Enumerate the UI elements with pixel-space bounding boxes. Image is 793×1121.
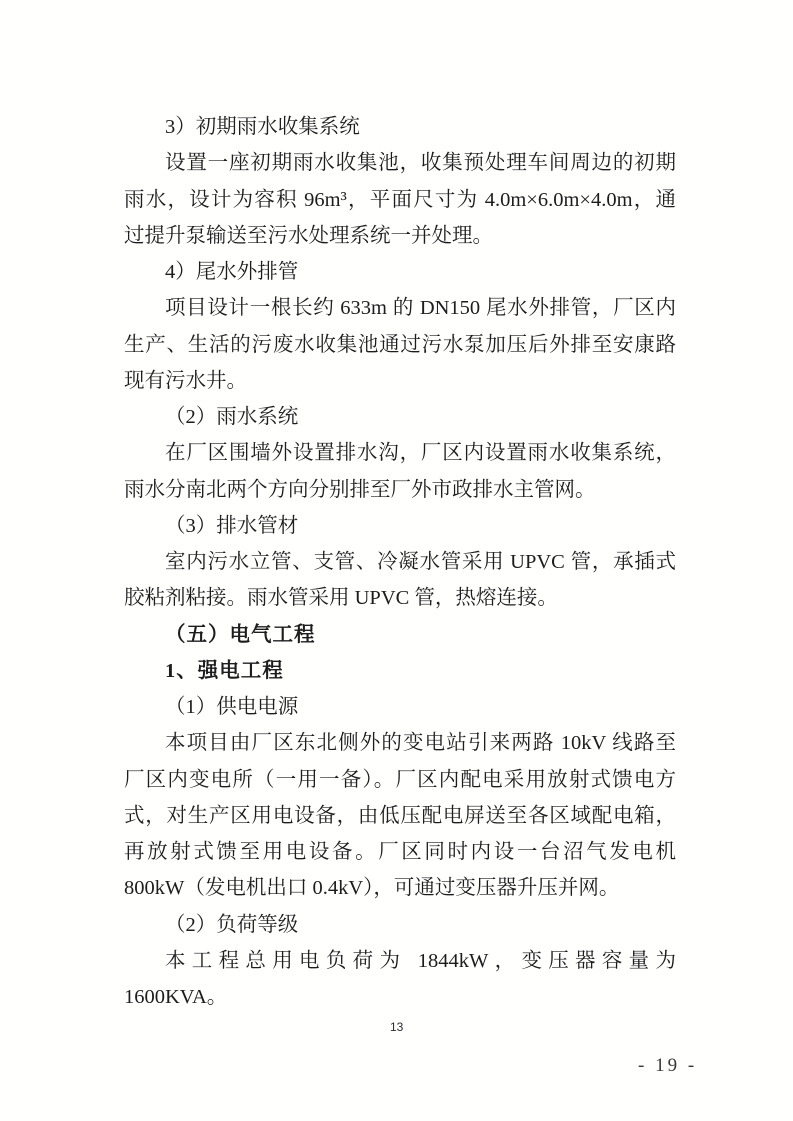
section-heading: （3）排水管材 — [124, 508, 676, 544]
paragraph-line: 雨水分南北两个方向分别排至厂外市政排水主管网。 — [124, 472, 676, 508]
heading-text: （2）负荷等级 — [124, 907, 676, 943]
heading-text: （五）电气工程 — [124, 617, 676, 653]
section-heading: （2）雨水系统 — [124, 399, 676, 435]
heading-text: 3）初期雨水收集系统 — [124, 109, 676, 145]
paragraph-line: 现有污水井。 — [124, 363, 676, 399]
paragraph: 本工程总用电负荷为 1844kW，变压器容量为 1600KVA。 — [124, 943, 676, 1016]
heading-text: （2）雨水系统 — [124, 399, 676, 435]
paragraph-line: 本工程总用电负荷为 1844kW，变压器容量为 1600KVA。 — [124, 943, 676, 1016]
paragraph-line: 再放射式馈至用电设备。厂区同时内设一台沼气发电机 — [124, 834, 676, 870]
paragraph-line: 设置一座初期雨水收集池，收集预处理车间周边的初期 — [124, 145, 676, 181]
paragraph: 设置一座初期雨水收集池，收集预处理车间周边的初期雨水，设计为容积 96m³，平面… — [124, 145, 676, 254]
paragraph: 项目设计一根长约 633m 的 DN150 尾水外排管，厂区内生产、生活的污废水… — [124, 290, 676, 399]
paragraph-line: 胶粘剂粘接。雨水管采用 UPVC 管，热熔连接。 — [124, 580, 676, 616]
page-number: - 19 - — [638, 1055, 697, 1077]
section-heading: 4）尾水外排管 — [124, 254, 676, 290]
paragraph: 在厂区围墙外设置排水沟，厂区内设置雨水收集系统，雨水分南北两个方向分别排至厂外市… — [124, 435, 676, 508]
document-page: 3）初期雨水收集系统设置一座初期雨水收集池，收集预处理车间周边的初期雨水，设计为… — [0, 0, 793, 1121]
paragraph: 本项目由厂区东北侧外的变电站引来两路 10kV 线路至厂区内变电所（一用一备）。… — [124, 725, 676, 906]
section-heading: （2）负荷等级 — [124, 907, 676, 943]
paragraph-line: 800kW（发电机出口 0.4kV），可通过变压器升压并网。 — [124, 870, 676, 906]
section-heading: （五）电气工程 — [124, 617, 676, 653]
document-body: 3）初期雨水收集系统设置一座初期雨水收集池，收集预处理车间周边的初期雨水，设计为… — [124, 109, 676, 1015]
paragraph-line: 雨水，设计为容积 96m³，平面尺寸为 4.0m×6.0m×4.0m，通 — [124, 182, 676, 218]
paragraph-line: 室内污水立管、支管、冷凝水管采用 UPVC 管，承插式 — [124, 544, 676, 580]
paragraph-line: 式，对生产区用电设备，由低压配电屏送至各区域配电箱， — [124, 798, 676, 834]
heading-text: 4）尾水外排管 — [124, 254, 676, 290]
paragraph-line: 过提升泵输送至污水处理系统一并处理。 — [124, 218, 676, 254]
section-heading: （1）供电电源 — [124, 689, 676, 725]
footnote-number: 13 — [390, 1020, 403, 1034]
paragraph-line: 本项目由厂区东北侧外的变电站引来两路 10kV 线路至 — [124, 725, 676, 761]
paragraph-line: 在厂区围墙外设置排水沟，厂区内设置雨水收集系统， — [124, 435, 676, 471]
paragraph: 室内污水立管、支管、冷凝水管采用 UPVC 管，承插式胶粘剂粘接。雨水管采用 U… — [124, 544, 676, 617]
heading-text: 1、强电工程 — [124, 653, 676, 689]
heading-text: （3）排水管材 — [124, 508, 676, 544]
heading-text: （1）供电电源 — [124, 689, 676, 725]
section-heading: 1、强电工程 — [124, 653, 676, 689]
paragraph-line: 厂区内变电所（一用一备）。厂区内配电采用放射式馈电方 — [124, 762, 676, 798]
paragraph-line: 项目设计一根长约 633m 的 DN150 尾水外排管，厂区内 — [124, 290, 676, 326]
paragraph-line: 生产、生活的污废水收集池通过污水泵加压后外排至安康路 — [124, 327, 676, 363]
section-heading: 3）初期雨水收集系统 — [124, 109, 676, 145]
